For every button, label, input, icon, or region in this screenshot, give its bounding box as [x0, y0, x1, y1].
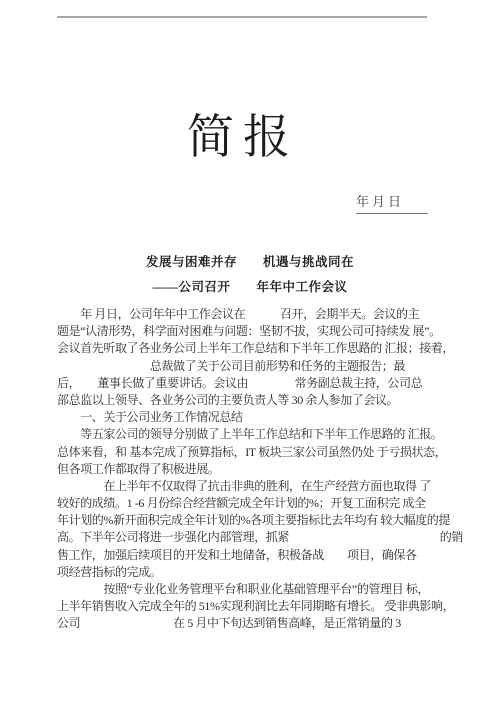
body-line: 年 月日，公司年年中工作会议在 召开，会期半天。会议的主: [57, 306, 457, 323]
body-line: 部总监以上领导、各业务公司的主要负责人等 30 余人参加了会议。: [57, 392, 457, 409]
body-line: 项经营指标的完成。: [57, 564, 457, 581]
body-line: 一、关于公司业务工作情况总结: [57, 409, 457, 426]
headline-line2: ——公司召开 年年中工作会议: [0, 277, 500, 295]
body-line: 总裁做了关于公司目前形势和任务的主题报告；最: [57, 358, 457, 375]
body-line: 按照“专业化业务管理平台和职业化基础管理平台”的管理目 标，: [57, 581, 457, 598]
headline-line1: 发展与困难并存 机遇与挑战同在: [0, 252, 500, 270]
body-line: 题是“认清形势，科学面对困难与问题：坚韧不拔，实现公司可持续发 展”。: [57, 323, 457, 340]
date-line: 年月日: [356, 191, 428, 214]
body-line: 年计划的%新开面积完成全年计划的%各项主要指标比去年均有 较大幅度的提: [57, 512, 457, 529]
body-line: 公司 在 5 月中下旬达到销售高峰，是正常销量的 3: [57, 615, 457, 632]
body-line: 等五家公司的领导分别做了上半年工作总结和下半年工作思路的 汇报。: [57, 426, 457, 443]
body-line: 后， 董事长做了重要讲话。会议由 常务副总裁主持，公司总: [57, 375, 457, 392]
body-line: 在上半年不仅取得了抗击非典的胜利，在生产经营方面也取得 了: [57, 478, 457, 495]
document-title: 简报: [0, 100, 500, 167]
top-divider-rule: [57, 16, 427, 18]
body-line: 高。下半年公司将进一步强化内部管理，抓紧 的销: [57, 529, 457, 546]
body-line: 总体来看，和 基本完成了预算指标，IT 板块三家公司虽然仍处 于亏损状态，: [57, 444, 457, 461]
body-line: 售工作，加强后续项目的开发和土地储备，积极备战 项目，确保各: [57, 547, 457, 564]
body-line: 较好的成绩。1 -6 月份综合经营额完成全年计划的%；开复工面积完 成全: [57, 495, 457, 512]
body-line: 但各项工作都取得了积极进展。: [57, 461, 457, 478]
body-line: 上半年销售收入完成全年的 51%实现利润比去年同期略有增长。 受非典影响，: [57, 598, 457, 615]
document-body: 年 月日，公司年年中工作会议在 召开，会期半天。会议的主 题是“认清形势，科学面…: [57, 306, 457, 633]
briefing-document-page: 简报 年月日 发展与困难并存 机遇与挑战同在 ——公司召开 年年中工作会议 年 …: [0, 0, 500, 708]
body-line: 会议首先听取了各业务公司上半年工作总结和下半年工作思路的 汇报；接着，: [57, 340, 457, 357]
